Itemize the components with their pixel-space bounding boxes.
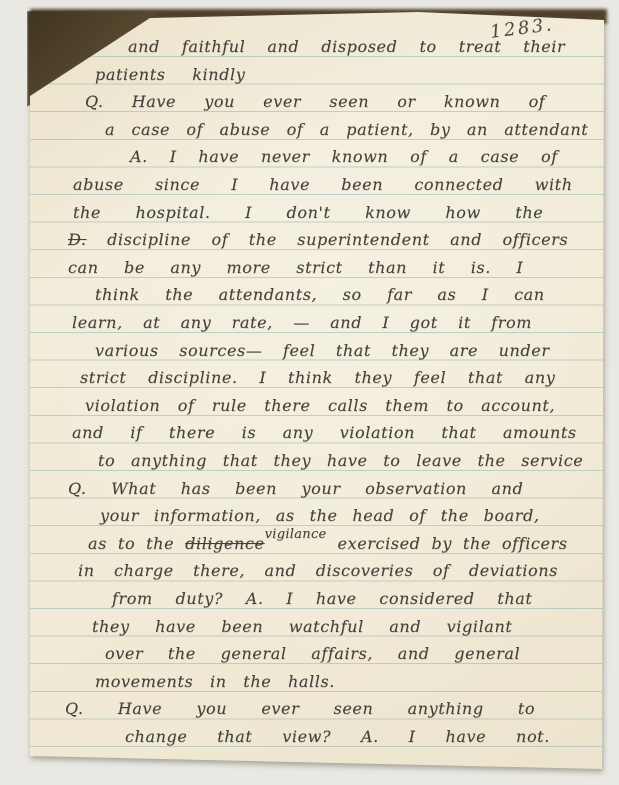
handwritten-line: D. discipline of the superintendent and … [68,229,568,253]
handwritten-line: strict discipline. I think they feel tha… [80,367,555,391]
manuscript-page: 1283. and faithful and disposed to treat… [28,12,604,770]
handwritten-line: over the general affairs, and general [105,643,520,667]
handwritten-line: can be any more strict than it is. I [68,257,523,281]
handwritten-line: the hospital. I don't know how the [73,202,543,226]
handwritten-line: in charge there, and discoveries of devi… [78,560,558,584]
handwritten-line: as to the diligencevigilance exercised b… [88,533,568,557]
paper-flaw [52,46,76,63]
handwritten-line: abuse since I have been connected with [73,174,573,198]
handwritten-line: to anything that they have to leave the … [98,450,583,474]
handwritten-line: learn, at any rate, — and I got it from [72,312,532,336]
paper-sheet: 1283. and faithful and disposed to treat… [28,12,604,770]
handwritten-line: Q. What has been your observation and [68,478,523,502]
handwritten-line: patients kindly [95,64,245,88]
handwritten-line: violation of rule there calls them to ac… [85,395,555,419]
handwritten-line: think the attendants, so far as I can [95,284,545,308]
handwritten-line: a case of abuse of a patient, by an atte… [105,119,588,143]
handwritten-line: various sources— feel that they are unde… [95,340,550,364]
handwritten-line: and faithful and disposed to treat their [128,36,565,60]
handwritten-line: Q. Have you ever seen or known of [85,91,545,115]
handwritten-line: movements in the halls. [95,671,335,695]
handwritten-line: Q. Have you ever seen anything to [65,698,535,722]
handwritten-line: change that view? A. I have not. [125,726,550,750]
handwritten-line: A. I have never known of a case of [130,146,558,170]
handwritten-line: your information, as the head of the boa… [100,505,540,529]
handwritten-line: from duty? A. I have considered that [112,588,532,612]
handwritten-line: they have been watchful and vigilant [92,616,512,640]
handwritten-line: and if there is any violation that amoun… [72,422,577,446]
